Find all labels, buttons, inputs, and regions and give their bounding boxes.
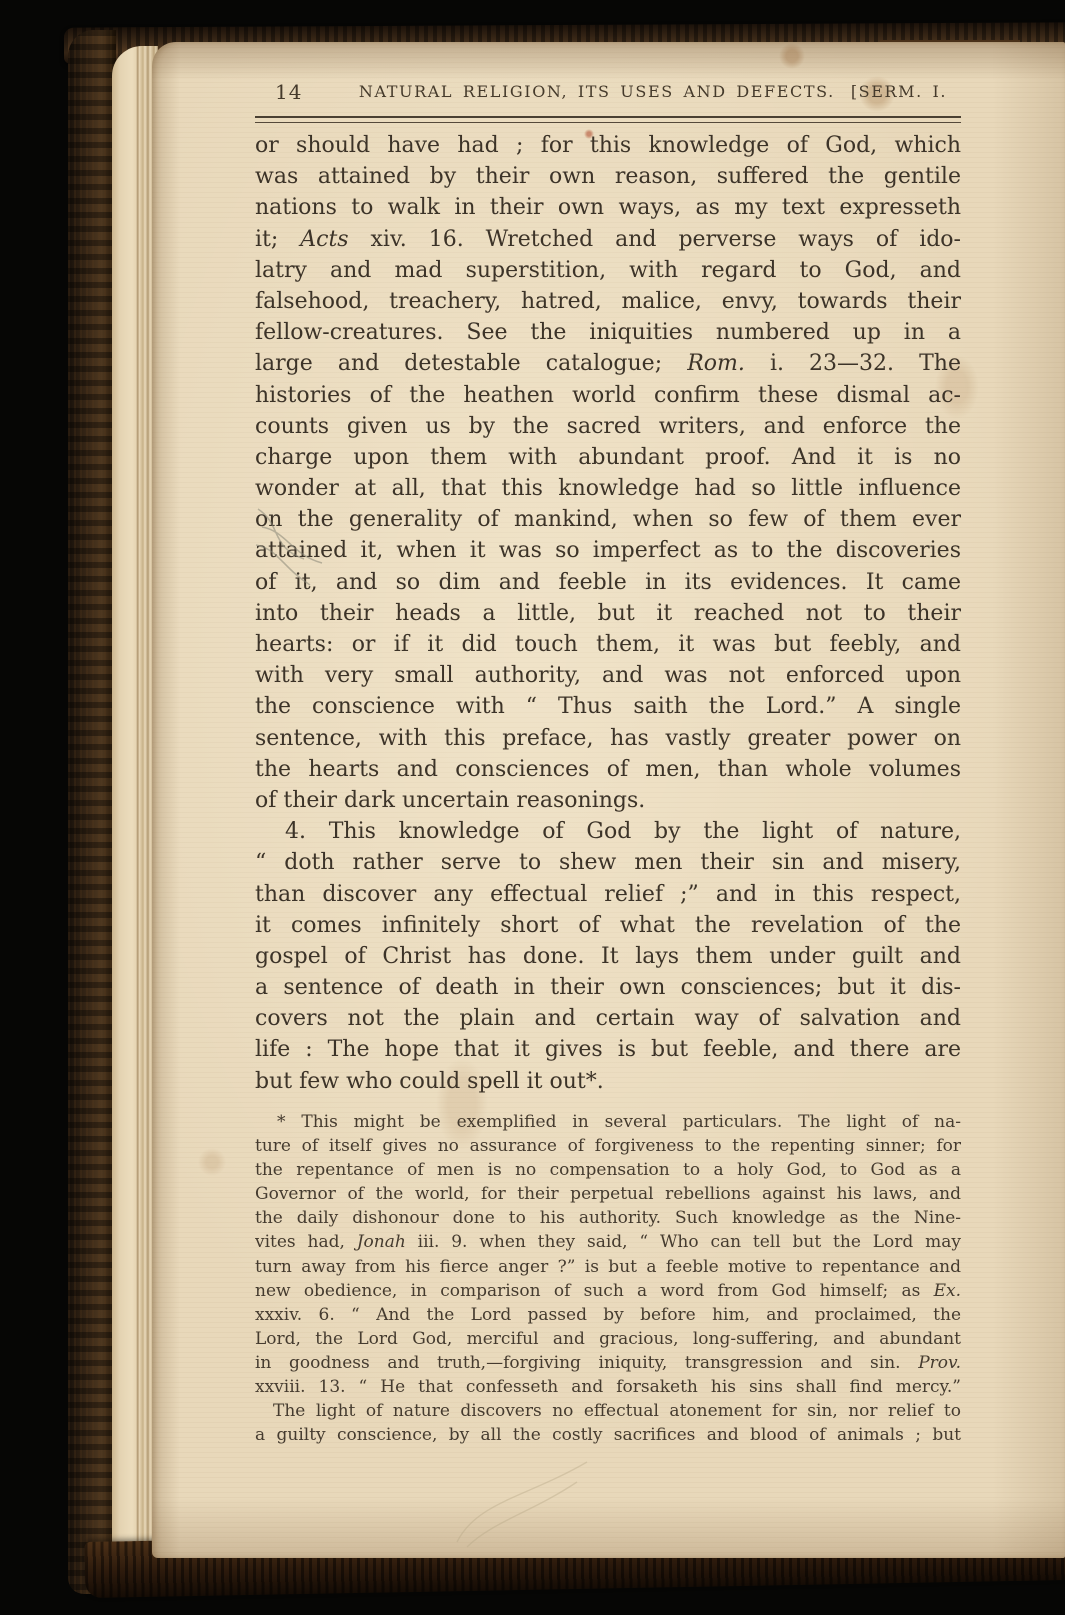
text-line: fellow-creatures. See the iniquities num… [255, 317, 961, 348]
text-line: wonder at all, that this knowledge had s… [255, 473, 961, 504]
text-line: the conscience with “ Thus saith the Lor… [255, 691, 961, 722]
text-line: on the generality of mankind, when so fe… [255, 504, 961, 535]
text-line: with very small authority, and was not e… [255, 660, 961, 691]
text-line: the repentance of men is no compensation… [255, 1158, 961, 1182]
text-line: vites had, Jonah iii. 9. when they said,… [255, 1230, 961, 1254]
text-line: a guilty conscience, by all the costly s… [255, 1423, 961, 1447]
text-line: or should have had ; for this knowledge … [255, 130, 961, 161]
text-line: but few who could spell it out*. [255, 1066, 961, 1097]
text-line: gospel of Christ has done. It lays them … [255, 941, 961, 972]
thread-fiber-left [252, 497, 332, 592]
text-line: the daily dishonour done to his authorit… [255, 1206, 961, 1230]
text-line: charge upon them with abundant proof. An… [255, 442, 961, 473]
text-line: it; Acts xiv. 16. Wretched and perverse … [255, 224, 961, 255]
header-double-rule [255, 116, 961, 123]
text-line: than discover any effectual relief ;” an… [255, 879, 961, 910]
text-line: in goodness and truth,—forgiving iniquit… [255, 1351, 961, 1375]
text-line: into their heads a little, but it reache… [255, 598, 961, 629]
text-line: xxxiv. 6. “ And the Lord passed by befor… [255, 1303, 961, 1327]
sermon-section-label: [SERM. I. [851, 82, 947, 101]
text-line: nations to walk in their own ways, as my… [255, 192, 961, 223]
text-line: large and detestable catalogue; Rom. i. … [255, 348, 961, 379]
text-line: Lord, the Lord God, merciful and graciou… [255, 1327, 961, 1351]
text-line: covers not the plain and certain way of … [255, 1003, 961, 1034]
text-line: xxviii. 13. “ He that confesseth and for… [255, 1375, 961, 1399]
text-line: life : The hope that it gives is but fee… [255, 1034, 961, 1065]
text-line: histories of the heathen world confirm t… [255, 380, 961, 411]
body-text: or should have had ; for this knowledge … [255, 130, 961, 1097]
book-spine-leather [68, 30, 116, 1594]
text-line: “ doth rather serve to shew men their si… [255, 847, 961, 878]
text-line: was attained by their own reason, suffer… [255, 161, 961, 192]
text-line: the hearts and consciences of men, than … [255, 754, 961, 785]
running-header: NATURAL RELIGION, ITS USES AND DEFECTS.[… [345, 82, 961, 101]
text-line: turn away from his fierce anger ?” is bu… [255, 1255, 961, 1279]
footnote-text: * This might be exemplified in several p… [255, 1110, 961, 1447]
text-line: 4. This knowledge of God by the light of… [255, 816, 961, 847]
text-line: new obedience, in comparison of such a w… [255, 1279, 961, 1303]
page-header: 14 NATURAL RELIGION, ITS USES AND DEFECT… [255, 78, 961, 106]
text-line: counts given us by the sacred writers, a… [255, 411, 961, 442]
text-line: hearts: or if it did touch them, it was … [255, 629, 961, 660]
text-line: falsehood, treachery, hatred, malice, en… [255, 286, 961, 317]
page-number: 14 [275, 80, 302, 104]
text-line: ture of itself gives no assurance of for… [255, 1134, 961, 1158]
text-line: attained it, when it was so imperfect as… [255, 535, 961, 566]
text-line: latry and mad superstition, with regard … [255, 255, 961, 286]
text-line: a sentence of death in their own conscie… [255, 972, 961, 1003]
book-photo-scene: 14 NATURAL RELIGION, ITS USES AND DEFECT… [0, 0, 1065, 1615]
text-line: Governor of the world, for their perpetu… [255, 1182, 961, 1206]
running-title: NATURAL RELIGION, ITS USES AND DEFECTS. [359, 82, 835, 101]
text-line: it comes infinitely short of what the re… [255, 910, 961, 941]
book-page: 14 NATURAL RELIGION, ITS USES AND DEFECT… [152, 42, 1065, 1558]
text-line: sentence, with this preface, has vastly … [255, 723, 961, 754]
text-line: of their dark uncertain reasonings. [255, 785, 961, 816]
thread-fiber-bottom [437, 1442, 597, 1552]
text-line: * This might be exemplified in several p… [255, 1110, 961, 1134]
text-line: The light of nature discovers no effectu… [255, 1399, 961, 1423]
text-line: of it, and so dim and feeble in its evid… [255, 567, 961, 598]
